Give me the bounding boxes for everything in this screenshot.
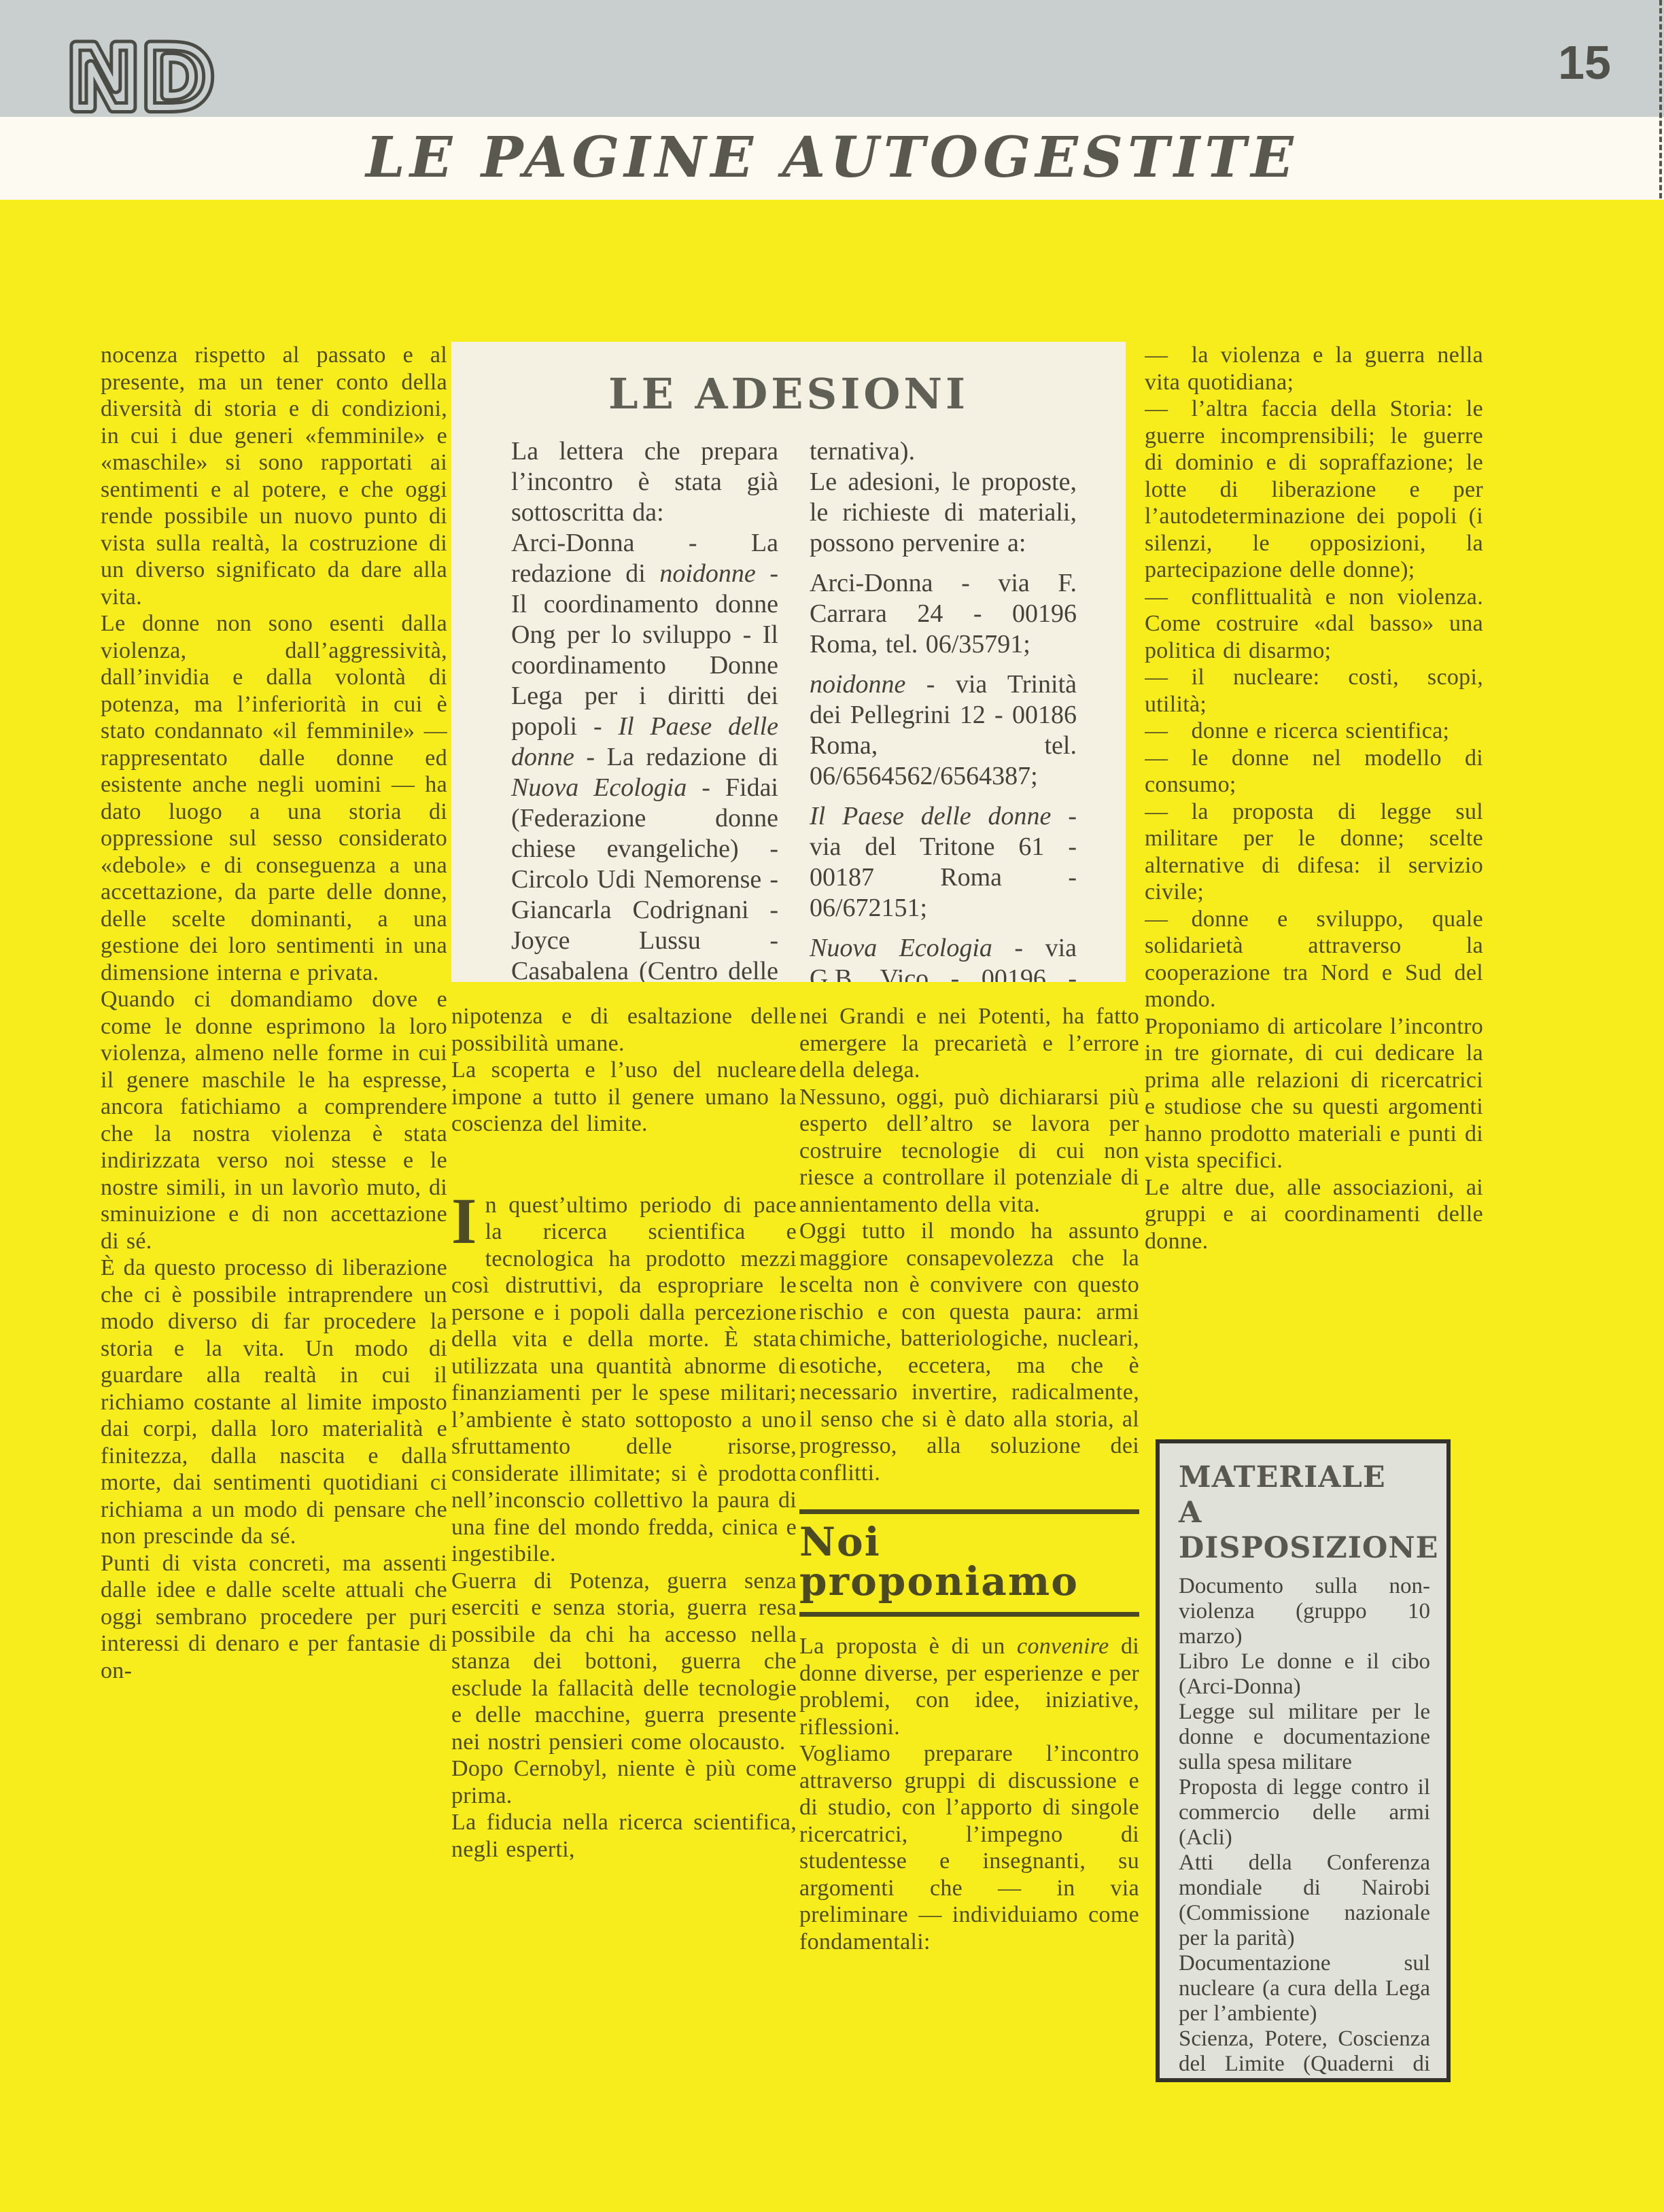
text-run: Quando ci domandiamo dove e come le donn… xyxy=(101,987,447,1254)
paragraph: Quando ci domandiamo dove e come le donn… xyxy=(101,986,447,1254)
paragraph: — donne e ricerca scientifica; xyxy=(1145,718,1483,745)
paragraph: Dopo Cernobyl, niente è più come prima. xyxy=(451,1755,797,1809)
page-title: LE PAGINE AUTOGESTITE xyxy=(0,125,1664,190)
text-run: Atti della Conferenza mondiale di Nairob… xyxy=(1179,1850,1430,1950)
text-run: n quest’ultimo periodo di pace la ricerc… xyxy=(451,1193,797,1567)
paragraph: Le adesioni, le proposte, le richieste d… xyxy=(810,467,1077,559)
materiale-box: MATERIALE A DISPOSIZIONE Documento sulla… xyxy=(1156,1439,1451,2082)
paragraph: Atti della Conferenza mondiale di Nairob… xyxy=(1179,1850,1430,1951)
paragraph: Arci-Donna - via F. Carrara 24 - 00196 R… xyxy=(810,568,1077,660)
text-run: Vogliamo preparare l’incontro attraverso… xyxy=(799,1741,1139,1954)
paragraph: È da questo processo di liberazione che … xyxy=(101,1254,447,1550)
text-run: nipotenza e di esaltazione delle possibi… xyxy=(451,1004,797,1056)
text-run: Dopo Cernobyl, niente è più come prima. xyxy=(451,1756,797,1808)
italic-run: Nuova Ecologia xyxy=(511,773,687,802)
text-run: Arci-Donna - via F. Carrara 24 - 00196 R… xyxy=(810,569,1077,659)
magazine-page: ND ND 15 LE PAGINE AUTOGESTITE nocenza r… xyxy=(0,0,1664,2212)
text-run: Proposta di legge contro il commercio de… xyxy=(1179,1775,1430,1850)
paragraph: Vogliamo preparare l’incontro attraverso… xyxy=(799,1740,1139,1955)
paragraph: nei Grandi e nei Potenti, ha fatto emerg… xyxy=(799,1003,1139,1084)
text-run: Oggi tutto il mondo ha assunto maggiore … xyxy=(799,1218,1139,1486)
paragraph: — donne e sviluppo, quale solidarietà at… xyxy=(1145,906,1483,1013)
paragraph: Scienza, Potere, Coscienza del Limite (Q… xyxy=(1179,2026,1430,2082)
text-run: — donne e sviluppo, quale solidarietà at… xyxy=(1145,907,1483,1013)
paragraph: La lettera che prepara l’incontro è stat… xyxy=(511,436,778,528)
paragraph: Oggi tutto il mondo ha assunto maggiore … xyxy=(799,1218,1139,1486)
svg-text:ND: ND xyxy=(68,30,217,128)
text-run: La proposta è di un xyxy=(799,1634,1017,1659)
paragraph: — l’altra faccia della Storia: le guerre… xyxy=(1145,396,1483,584)
text-run: — le donne nel modello di consumo; xyxy=(1145,745,1483,798)
adesioni-box-right-column: ternativa).Le adesioni, le proposte, le … xyxy=(810,436,1077,982)
text-run: Le donne non sono esenti dalla violenza,… xyxy=(101,611,447,985)
text-column-3: nei Grandi e nei Potenti, ha fatto emerg… xyxy=(799,1003,1139,2158)
paragraph: — le donne nel modello di consumo; xyxy=(1145,745,1483,798)
paragraph: ternativa). xyxy=(810,436,1077,467)
paragraph: Documento sulla non-violenza (gruppo 10 … xyxy=(1179,1574,1430,1649)
paragraph: Guerra di Potenza, guerra senza eserciti… xyxy=(451,1568,797,1756)
text-run: Scienza, Potere, Coscienza del Limite (Q… xyxy=(1179,2026,1430,2076)
text-column-4: — la violenza e la guerra nella vita quo… xyxy=(1145,342,1483,1429)
page-number: 15 xyxy=(1558,35,1611,90)
text-run: Guerra di Potenza, guerra senza eserciti… xyxy=(451,1568,797,1755)
paragraph: Il Paese delle donne - via del Tritone 6… xyxy=(810,801,1077,924)
paragraph: Legge sul militare per le donne e docume… xyxy=(1179,1700,1430,1775)
paragraph: — la violenza e la guerra nella vita quo… xyxy=(1145,342,1483,396)
text-run: Le adesioni, le proposte, le richieste d… xyxy=(810,468,1077,557)
italic-run: Il Paese delle donne xyxy=(810,802,1051,830)
paragraph: — conflittualità e non violenza. Come co… xyxy=(1145,584,1483,665)
materiale-box-items: Documento sulla non-violenza (gruppo 10 … xyxy=(1179,1574,1430,2082)
paragraph: noidonne - via Trinità dei Pellegrini 12… xyxy=(810,669,1077,792)
paragraph: In quest’ultimo periodo di pace la ricer… xyxy=(451,1192,797,1568)
italic-run: convenire xyxy=(1017,1634,1109,1659)
text-run: La lettera che prepara l’incontro è stat… xyxy=(511,437,778,527)
paragraph: La fiducia nella ricerca scientifica, ne… xyxy=(451,1809,797,1863)
text-run: La scoperta e l’uso del nucleare impone … xyxy=(451,1057,797,1136)
paragraph: — il nucleare: costi, scopi, utilità; xyxy=(1145,664,1483,718)
text-run: Le altre due, alle associazioni, ai grup… xyxy=(1145,1175,1483,1254)
noi-proponiamo-heading: Noi proponiamo xyxy=(799,1509,1139,1617)
adesioni-box-columns: La lettera che prepara l’incontro è stat… xyxy=(451,436,1126,982)
text-run: È da questo processo di liberazione che … xyxy=(101,1255,447,1549)
paragraph: Nessuno, oggi, può dichiararsi più esper… xyxy=(799,1084,1139,1218)
paragraph: Punti di vista concreti, ma assenti dall… xyxy=(101,1550,447,1685)
text-run: — la violenza e la guerra nella vita quo… xyxy=(1145,343,1483,395)
paragraph: Libro Le donne e il cibo (Arci-Donna) xyxy=(1179,1649,1430,1700)
paragraph: Le altre due, alle associazioni, ai grup… xyxy=(1145,1174,1483,1255)
text-run: — la proposta di legge sul militare per … xyxy=(1145,799,1483,905)
italic-run: noidonne xyxy=(659,559,755,588)
text-run: Libro Le donne e il cibo (Arci-Donna) xyxy=(1179,1649,1430,1699)
italic-run: Donna e Politica xyxy=(1179,2077,1333,2082)
paragraph: Nuova Ecologia - via G.B. Vico - 00196 -… xyxy=(810,933,1077,982)
italic-run: noidonne xyxy=(810,670,905,699)
italic-run: Nuova Ecologia xyxy=(810,934,992,962)
drop-cap: I xyxy=(451,1196,477,1246)
adesioni-box: LE ADESIONI La lettera che prepara l’inc… xyxy=(451,342,1126,982)
paragraph: Proponiamo di articolare l’incontro in t… xyxy=(1145,1013,1483,1174)
paragraph: Proposta di legge contro il commercio de… xyxy=(1179,1775,1430,1850)
paragraph: Documentazione sul nucleare (a cura dell… xyxy=(1179,1951,1430,2026)
paragraph: nocenza rispetto al passato e al present… xyxy=(101,342,447,610)
text-run: La fiducia nella ricerca scientifica, ne… xyxy=(451,1810,797,1862)
text-column-1: nocenza rispetto al passato e al present… xyxy=(101,342,447,2122)
text-run: Documento sulla non-violenza (gruppo 10 … xyxy=(1179,1574,1430,1649)
text-column-2: nipotenza e di esaltazione delle possibi… xyxy=(451,1003,797,2135)
text-run: — il nucleare: costi, scopi, utilità; xyxy=(1145,665,1483,717)
text-run: — l’altra faccia della Storia: le guerre… xyxy=(1145,396,1483,582)
column-3-upper-text: nei Grandi e nei Potenti, ha fatto emerg… xyxy=(799,1003,1139,1486)
paragraph: Arci-Donna - La redazione di noidonne - … xyxy=(511,528,778,982)
paragraph: La scoperta e l’uso del nucleare impone … xyxy=(451,1057,797,1138)
adesioni-box-left-column: La lettera che prepara l’incontro è stat… xyxy=(511,436,778,982)
text-run: - Fidai (Federazione donne chiese evange… xyxy=(511,773,778,982)
paragraph: Le donne non sono esenti dalla violenza,… xyxy=(101,610,447,986)
materiale-box-title: MATERIALE A DISPOSIZIONE xyxy=(1179,1460,1430,1566)
text-run: Punti di vista concreti, ma assenti dall… xyxy=(101,1551,447,1683)
adesioni-box-title: LE ADESIONI xyxy=(451,369,1126,419)
text-run: Legge sul militare per le donne e docume… xyxy=(1179,1700,1430,1774)
text-run: nocenza rispetto al passato e al present… xyxy=(101,343,447,610)
text-run: nei Grandi e nei Potenti, ha fatto emerg… xyxy=(799,1004,1139,1083)
paragraph: nipotenza e di esaltazione delle possibi… xyxy=(451,1003,797,1057)
text-run: Proponiamo di articolare l’incontro in t… xyxy=(1145,1014,1483,1174)
text-run: — donne e ricerca scientifica; xyxy=(1145,718,1449,743)
text-run: - La redazione di xyxy=(574,743,778,771)
text-run: ) xyxy=(1333,2077,1340,2082)
column-3-lower-text: La proposta è di un convenire di donne d… xyxy=(799,1633,1139,1955)
text-run: — conflittualità e non violenza. Come co… xyxy=(1145,584,1483,663)
nd-magazine-logo: ND ND xyxy=(60,20,284,129)
paragraph: — la proposta di legge sul militare per … xyxy=(1145,798,1483,906)
text-run: Nessuno, oggi, può dichiararsi più esper… xyxy=(799,1085,1139,1217)
text-run: Documentazione sul nucleare (a cura dell… xyxy=(1179,1951,1430,2026)
text-run: ternativa). xyxy=(810,437,915,466)
paragraph: La proposta è di un convenire di donne d… xyxy=(799,1633,1139,1740)
